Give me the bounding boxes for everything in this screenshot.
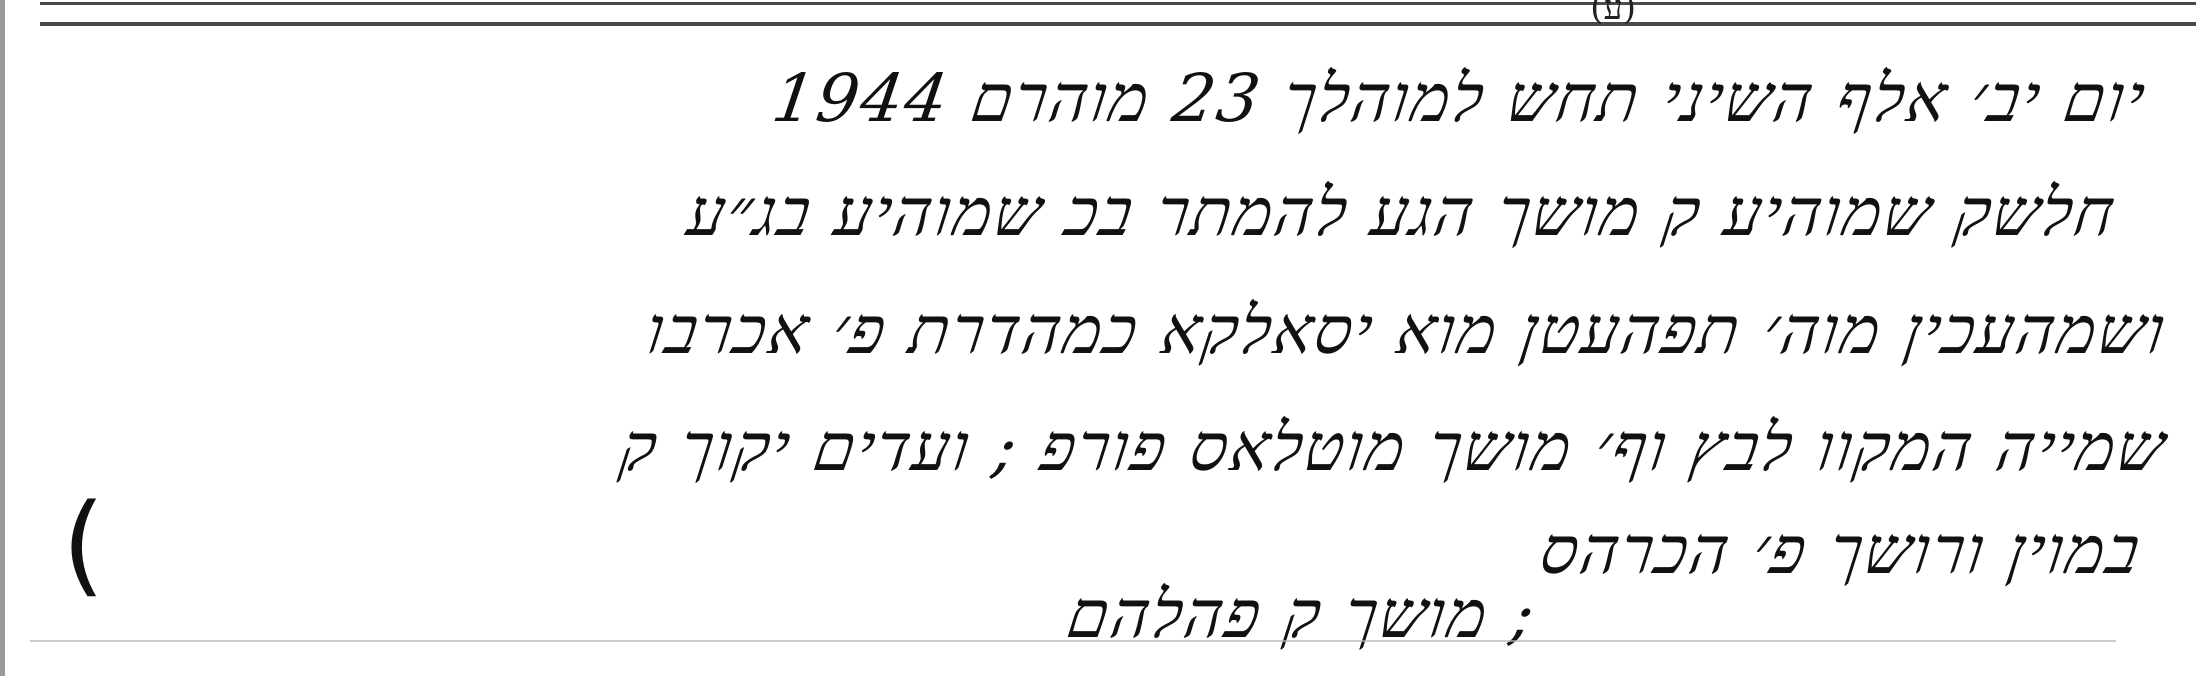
- scan-edge-border: [0, 0, 5, 676]
- handwritten-line-1: יום יב׳ אלף השיני תחש למוהלך 23 מוהרם 19…: [769, 66, 2151, 132]
- cut-off-text-fragment: (ע): [1590, 0, 1636, 28]
- handwritten-line-6: ; מושך ק פהלהם: [1064, 582, 1541, 648]
- handwritten-line-2: חלשק שמוהיע ק מושך הגע להמתר בכ שמוהיע ב…: [684, 180, 2121, 246]
- handwritten-line-3: ושמהעכין מוה׳ תפהעטן מוא יסאלקא כמהדרת פ…: [642, 298, 2170, 364]
- handwritten-parenthesis: (: [62, 480, 105, 608]
- handwritten-line-5: במוין ורושך פ׳ הכרהס: [1537, 518, 2146, 584]
- scanned-document: (ע) יום יב׳ אלף השיני תחש למוהלך 23 מוהר…: [0, 0, 2196, 676]
- ruled-line-top-2: [40, 22, 2196, 26]
- ruled-line-top-1: [40, 2, 2196, 5]
- ruled-line-bottom: [30, 640, 2116, 642]
- handwritten-line-4: שמייה המקוו לבץ וף׳ מושך מוטלאס פורפ ; ו…: [616, 415, 2170, 481]
